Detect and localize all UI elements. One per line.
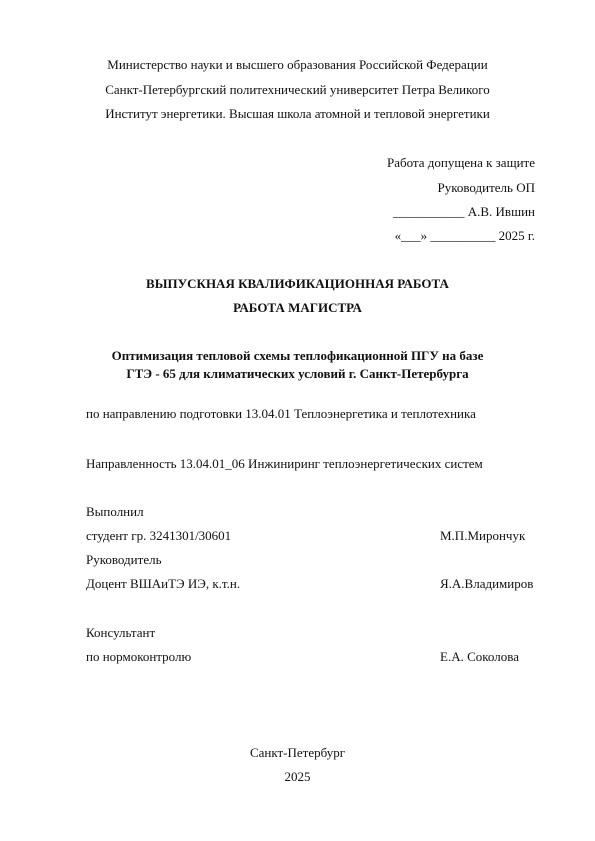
university-line: Санкт-Петербургский политехнический унив… (0, 82, 595, 98)
author-role: студент гр. 3241301/30601 (86, 528, 231, 544)
document-subtype: РАБОТА МАГИСТРА (0, 300, 595, 316)
institute-line: Институт энергетики. Высшая школа атомно… (0, 106, 595, 122)
ministry-line: Министерство науки и высшего образования… (0, 57, 595, 73)
document-type: ВЫПУСКНАЯ КВАЛИФИКАЦИОННАЯ РАБОТА (0, 276, 595, 292)
topic-line-1: Оптимизация тепловой схемы теплофикацион… (0, 348, 595, 364)
footer-city: Санкт-Петербург (0, 745, 595, 761)
supervisor-label: Руководитель (86, 552, 162, 568)
consultant-name: Е.А. Соколова (440, 649, 519, 665)
consultant-role: по нормоконтролю (86, 649, 191, 665)
author-name: М.П.Мирончук (440, 528, 525, 544)
study-direction: по направлению подготовки 13.04.01 Тепло… (86, 406, 476, 422)
approval-head-role: Руководитель ОП (437, 180, 535, 196)
topic-line-2: ГТЭ - 65 для климатических условий г. Са… (0, 366, 595, 382)
approval-head-signature: ___________ А.В. Ившин (393, 204, 535, 220)
consultant-label: Консультант (86, 625, 155, 641)
author-label: Выполнил (86, 504, 144, 520)
footer-year: 2025 (0, 769, 595, 785)
approval-date: «___» __________ 2025 г. (395, 228, 535, 244)
supervisor-role: Доцент ВШАиТЭ ИЭ, к.т.н. (86, 576, 240, 592)
approval-line: Работа допущена к защите (387, 155, 535, 171)
supervisor-name: Я.А.Владимиров (440, 576, 533, 592)
study-focus: Направленность 13.04.01_06 Инжиниринг те… (86, 456, 483, 472)
